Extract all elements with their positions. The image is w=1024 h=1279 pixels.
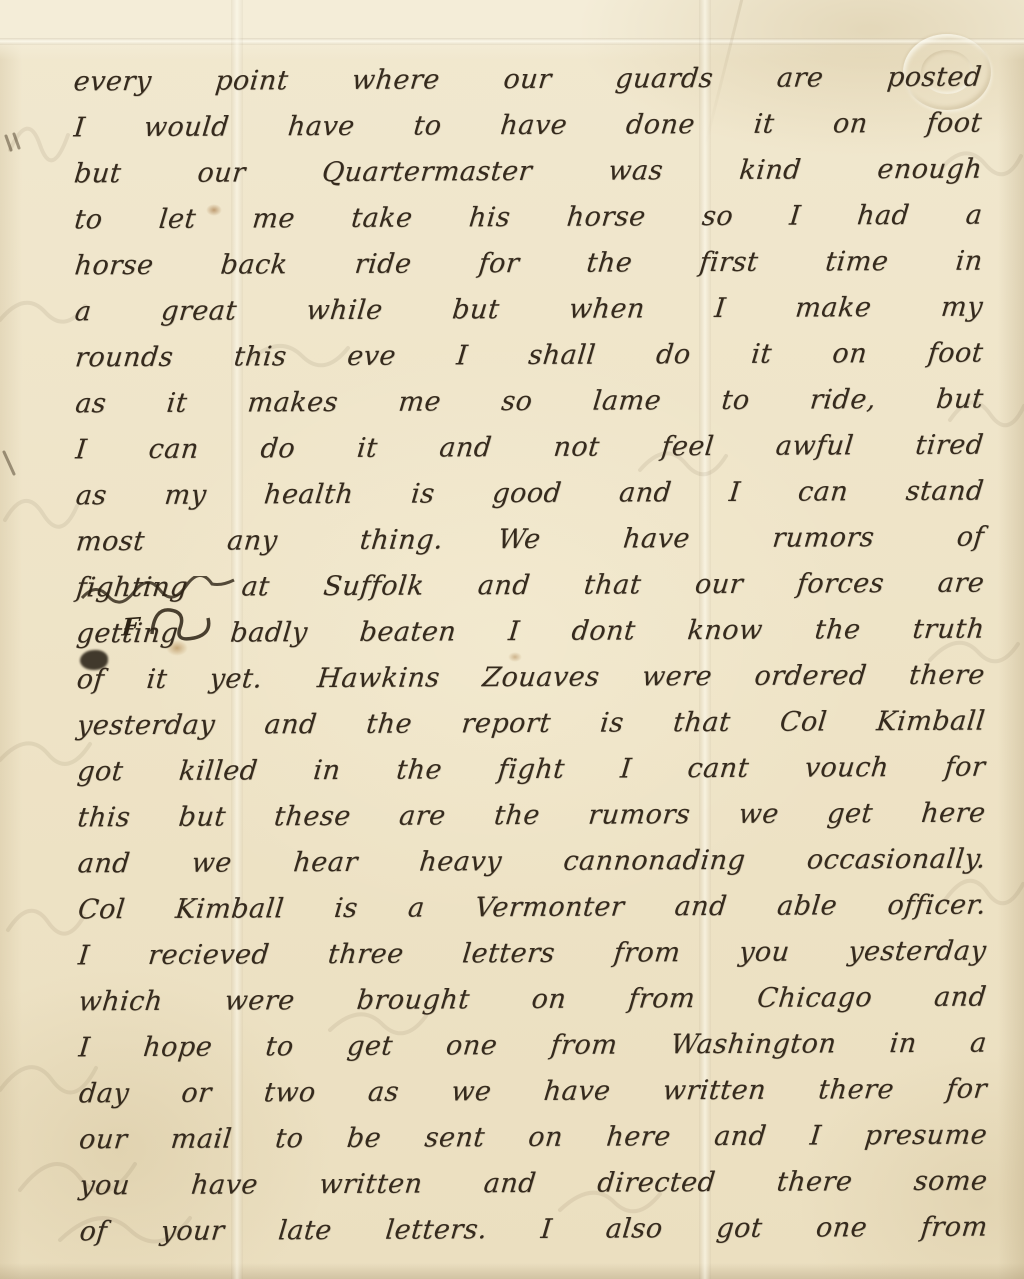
- letter-line: I hope to get one from Washington in a: [76, 1028, 989, 1079]
- letter-line: you have written and directed there some: [76, 1166, 989, 1217]
- letter-line: I would have to have done it on foot: [71, 108, 984, 159]
- letter-line: I recieved three letters from you yester…: [75, 936, 988, 987]
- letter-line: yesterday and the report is that Col Kim…: [74, 706, 987, 757]
- letter-line: rounds this eve I shall do it on foot: [72, 338, 985, 389]
- letter-line: this but these are the rumors we get her…: [75, 798, 988, 849]
- letter-line: of your late letters. I also got one fro…: [77, 1212, 990, 1263]
- letter-line: most any thing. We have rumors of: [73, 522, 986, 573]
- letter-line: which were brought on from Chicago and: [76, 982, 989, 1033]
- letter-line: Col Kimball is a Vermonter and able offi…: [75, 890, 988, 941]
- letter-scan-page: every point where our guards are posted …: [0, 0, 1024, 1279]
- letter-line: of it yet. Hawkins Zouaves were ordered …: [74, 660, 987, 711]
- letter-line: as it makes me so lame to ride, but: [72, 384, 985, 435]
- letter-line: and we hear heavy cannonading occasional…: [75, 844, 988, 895]
- letter-line: to let me take his horse so I had a: [71, 200, 984, 251]
- letter-line: a great while but when I make my: [72, 292, 985, 343]
- letter-line: day or two as we have written there for: [76, 1074, 989, 1125]
- letter-line: got killed in the fight I cant vouch for: [74, 752, 987, 803]
- correction-scribble-loops: [146, 600, 216, 646]
- letter-line: as my health is good and I can stand: [73, 476, 986, 527]
- letter-line: I can do it and not feel awful tired: [73, 430, 986, 481]
- ink-blot: [80, 650, 108, 670]
- letter-line: every point where our guards are posted: [71, 62, 984, 113]
- letter-line: but our Quartermaster was kind enough: [71, 154, 984, 205]
- correction-mark: F: [121, 611, 140, 641]
- letter-line: our mail to be sent on here and I presum…: [76, 1120, 989, 1171]
- letter-body: every point where our guards are posted …: [73, 62, 987, 1263]
- letter-line: horse back ride for the first time in: [72, 246, 985, 297]
